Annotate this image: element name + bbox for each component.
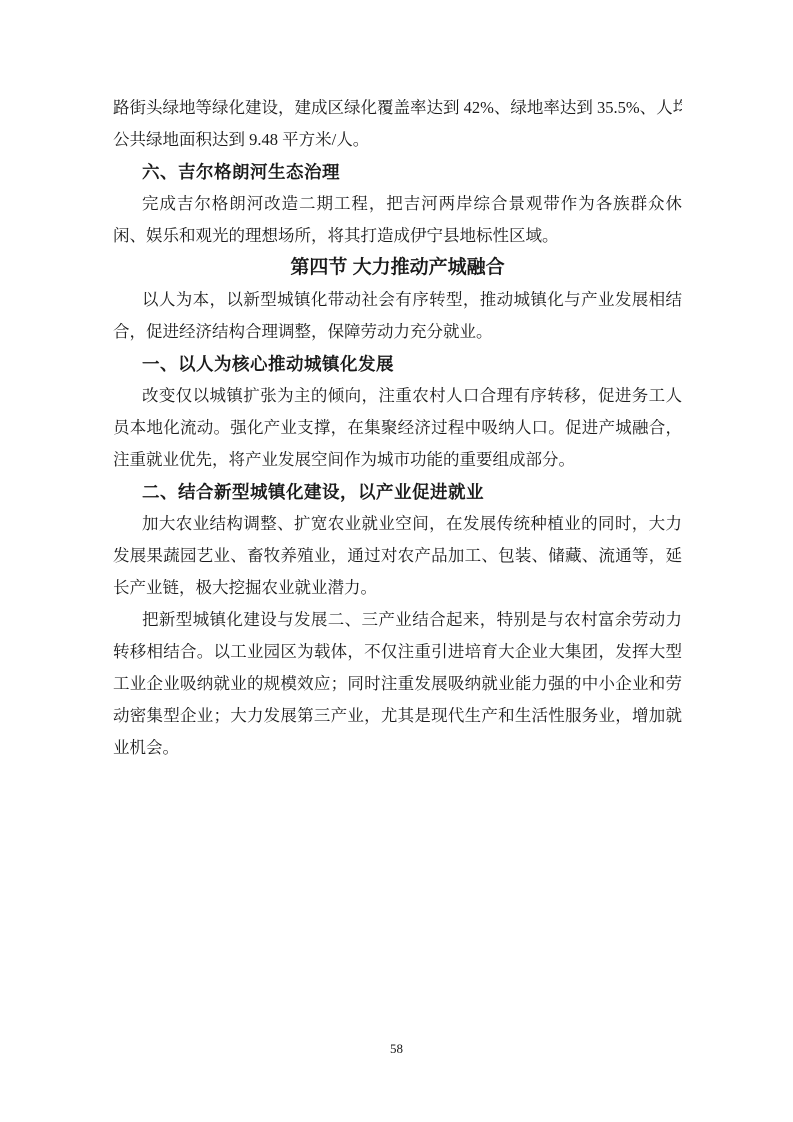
section-heading-part-four: 第四节 大力推动产城融合: [113, 252, 682, 284]
text-line: 公共绿地面积达到 9.48 平方米/人。: [113, 124, 682, 156]
text-line: 动密集型企业；大力发展第三产业，尤其是现代生产和生活性服务业，增加就: [113, 700, 682, 732]
text-line: 以人为本，以新型城镇化带动社会有序转型，推动城镇化与产业发展相结: [113, 284, 682, 316]
heading-two-employment: 二、结合新型城镇化建设，以产业促进就业: [113, 476, 682, 508]
text-line: 路街头绿地等绿化建设，建成区绿化覆盖率达到 42%、绿地率达到 35.5%、人均: [113, 92, 682, 124]
text-line: 业机会。: [113, 732, 682, 764]
page-content: 路街头绿地等绿化建设，建成区绿化覆盖率达到 42%、绿地率达到 35.5%、人均…: [113, 92, 682, 764]
text-line: 加大农业结构调整、扩宽农业就业空间，在发展传统种植业的同时，大力: [113, 508, 682, 540]
text-line: 注重就业优先，将产业发展空间作为城市功能的重要组成部分。: [113, 444, 682, 476]
document-page: 路街头绿地等绿化建设，建成区绿化覆盖率达到 42%、绿地率达到 35.5%、人均…: [0, 0, 793, 1122]
paragraph-river-project: 完成吉尔格朗河改造二期工程，把吉河两岸综合景观带作为各族群众休 闲、娱乐和观光的…: [113, 188, 682, 252]
paragraph-industry-employment: 把新型城镇化建设与发展二、三产业结合起来，特别是与农村富余劳动力 转移相结合。以…: [113, 604, 682, 764]
text-line: 工业企业吸纳就业的规模效应；同时注重发展吸纳就业能力强的中小企业和劳: [113, 668, 682, 700]
text-line: 发展果蔬园艺业、畜牧养殖业，通过对农产品加工、包装、储藏、流通等，延: [113, 540, 682, 572]
text-line: 把新型城镇化建设与发展二、三产业结合起来，特别是与农村富余劳动力: [113, 604, 682, 636]
heading-six-river-ecology: 六、吉尔格朗河生态治理: [113, 156, 682, 188]
paragraph-agriculture-employment: 加大农业结构调整、扩宽农业就业空间，在发展传统种植业的同时，大力 发展果蔬园艺业…: [113, 508, 682, 604]
heading-one-urbanization: 一、以人为核心推动城镇化发展: [113, 348, 682, 380]
text-line: 完成吉尔格朗河改造二期工程，把吉河两岸综合景观带作为各族群众休: [113, 188, 682, 220]
text-line: 合，促进经济结构合理调整，保障劳动力充分就业。: [113, 316, 682, 348]
paragraph-urbanization-shift: 改变仅以城镇扩张为主的倾向，注重农村人口合理有序转移，促进务工人 员本地化流动。…: [113, 380, 682, 476]
text-line: 闲、娱乐和观光的理想场所，将其打造成伊宁县地标性区域。: [113, 220, 682, 252]
paragraph-greening-continuation: 路街头绿地等绿化建设，建成区绿化覆盖率达到 42%、绿地率达到 35.5%、人均…: [113, 92, 682, 156]
text-line: 员本地化流动。强化产业支撑，在集聚经济过程中吸纳人口。促进产城融合，: [113, 412, 682, 444]
text-line: 转移相结合。以工业园区为载体，不仅注重引进培育大企业大集团，发挥大型: [113, 636, 682, 668]
paragraph-people-oriented-intro: 以人为本，以新型城镇化带动社会有序转型，推动城镇化与产业发展相结 合，促进经济结…: [113, 284, 682, 348]
page-number: 58: [0, 1040, 793, 1058]
text-line: 改变仅以城镇扩张为主的倾向，注重农村人口合理有序转移，促进务工人: [113, 380, 682, 412]
text-line: 长产业链，极大挖掘农业就业潜力。: [113, 572, 682, 604]
